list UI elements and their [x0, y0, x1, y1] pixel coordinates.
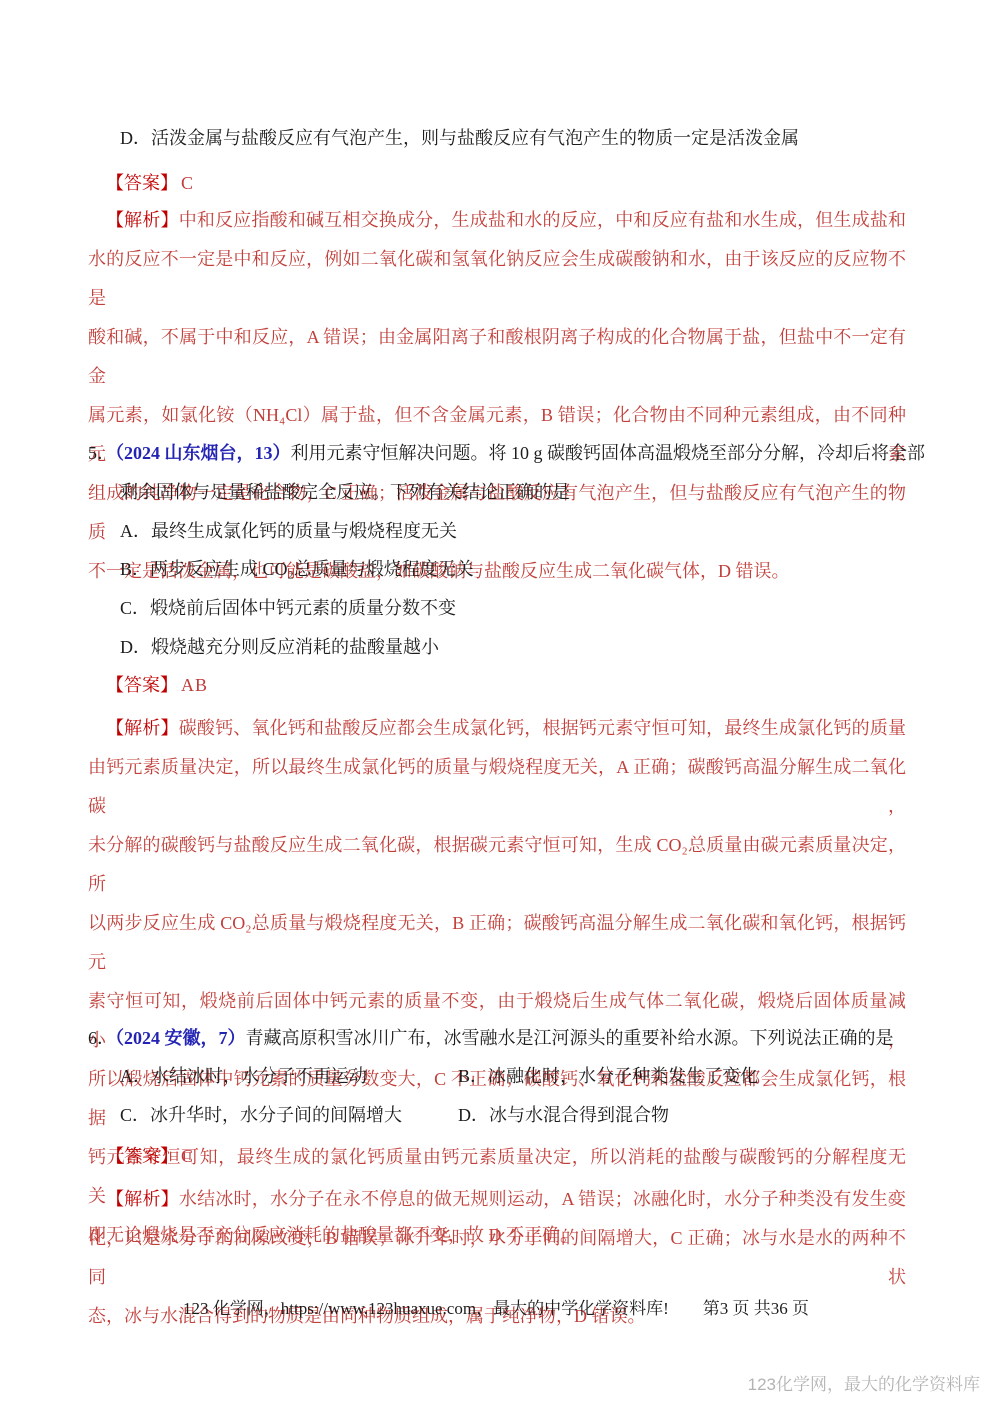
question5-answer-block: 【答案】AB — [106, 673, 208, 697]
question5-option-c: C．煅烧前后固体中钙元素的质量分数不变 — [120, 596, 456, 620]
question5-option-a: A．最终生成氯化钙的质量与煅烧程度无关 — [120, 519, 457, 543]
analysis-label: 【解析】 — [106, 210, 179, 230]
analysis-line: 【解析】碳酸钙、氧化钙和盐酸反应都会生成氯化钙，根据钙元素守恒可知，最终生成氯化… — [88, 709, 906, 748]
question5-option-b: B．两步反应生成 CO₂总质量与煅烧程度无关 — [120, 557, 474, 581]
analysis-line: 水的反应不一定是中和反应，例如二氧化碳和氢氧化钠反应会生成碳酸钠和水，由于该反应… — [88, 240, 906, 318]
question4-option-d: D．活泼金属与盐酸反应有气泡产生，则与盐酸反应有气泡产生的物质一定是活泼金属 — [120, 126, 799, 150]
analysis-line: 以两步反应生成 CO₂总质量与煅烧程度无关，B 正确；碳酸钙高温分解生成二氧化碳… — [88, 904, 906, 982]
question-number: 5． — [88, 443, 115, 463]
analysis-line: 化，只是水分子的间隙改变，B 错误；冰升华时，水分子间的间隔增大，C 正确；冰与… — [88, 1219, 906, 1297]
question6-stem: 6．（2024 安徽，7）青藏高原积雪冰川广布，冰雪融水是江河源头的重要补给水源… — [88, 1026, 918, 1050]
question5-option-d: D．煅烧越充分则反应消耗的盐酸量越小 — [120, 635, 439, 659]
question6-answer-block: 【答案】C — [106, 1144, 194, 1168]
analysis-line: 【解析】水结冰时，水分子在永不停息的做无规则运动，A 错误；冰融化时，水分子种类… — [88, 1180, 906, 1219]
analysis-line: 由钙元素质量决定，所以最终生成氯化钙的质量与煅烧程度无关，A 正确；碳酸钙高温分… — [88, 748, 906, 826]
question5-stem: 5．（2024 山东烟台，13）利用元素守恒解决问题。将 10 g 碳酸钙固体高… — [88, 441, 918, 465]
analysis-label: 【解析】 — [106, 1189, 179, 1209]
analysis-line: 酸和碱，不属于中和反应，A 错误；由金属阳离子和酸根阴离子构成的化合物属于盐，但… — [88, 318, 906, 396]
answer-value: C — [178, 1146, 194, 1166]
answer-label: 【答案】 — [106, 1146, 178, 1166]
page-footer: 123 化学网，https://www.123huaxue.com，最大的中学化… — [0, 1294, 992, 1319]
question-number: 6． — [88, 1028, 115, 1048]
answer-value: AB — [178, 675, 208, 695]
question6-option-c: C．冰升华时，水分子间的间隔增大 — [120, 1103, 402, 1127]
question4-answer-block: 【答案】C — [106, 171, 194, 195]
question6-option-b: B．冰融化时，水分子种类发生了变化 — [458, 1064, 758, 1088]
answer-value: C — [178, 173, 194, 193]
analysis-line: 【解析】中和反应指酸和碱互相交换成分，生成盐和水的反应，中和反应有盐和水生成，但… — [88, 201, 906, 240]
analysis-line: 未分解的碳酸钙与盐酸反应生成二氧化碳，根据碳元素守恒可知，生成 CO₂总质量由碳… — [88, 826, 906, 904]
footer-page-number: 第3 页 共36 页 — [703, 1299, 809, 1318]
question6-option-d: D．冰与水混合得到混合物 — [458, 1103, 669, 1127]
answer-label: 【答案】 — [106, 173, 178, 193]
exam-document-page: D．活泼金属与盐酸反应有气泡产生，则与盐酸反应有气泡产生的物质一定是活泼金属 【… — [0, 0, 992, 1403]
answer-label: 【答案】 — [106, 675, 178, 695]
question-source: （2024 山东烟台，13） — [115, 443, 291, 463]
question5-analysis-paragraph: 【解析】碳酸钙、氧化钙和盐酸反应都会生成氯化钙，根据钙元素守恒可知，最终生成氯化… — [88, 709, 906, 1255]
analysis-label: 【解析】 — [106, 718, 179, 738]
question-stem-text: 青藏高原积雪冰川广布，冰雪融水是江河源头的重要补给水源。下列说法正确的是 — [246, 1028, 894, 1048]
watermark-text: 123化学网，最大的化学资料库 — [748, 1370, 980, 1395]
question-source: （2024 安徽，7） — [115, 1028, 246, 1048]
question6-option-a: A．水结冰时，水分子不再运动 — [120, 1064, 367, 1088]
question5-stem-line2: 剩余固体与足量稀盐酸完全反应。下列有关结论正确的是 — [120, 480, 570, 504]
question-stem-text: 利用元素守恒解决问题。将 10 g 碳酸钙固体高温煅烧至部分分解，冷却后将全部 — [291, 443, 926, 463]
footer-site-info: 123 化学网，https://www.123huaxue.com，最大的中学化… — [183, 1299, 669, 1318]
